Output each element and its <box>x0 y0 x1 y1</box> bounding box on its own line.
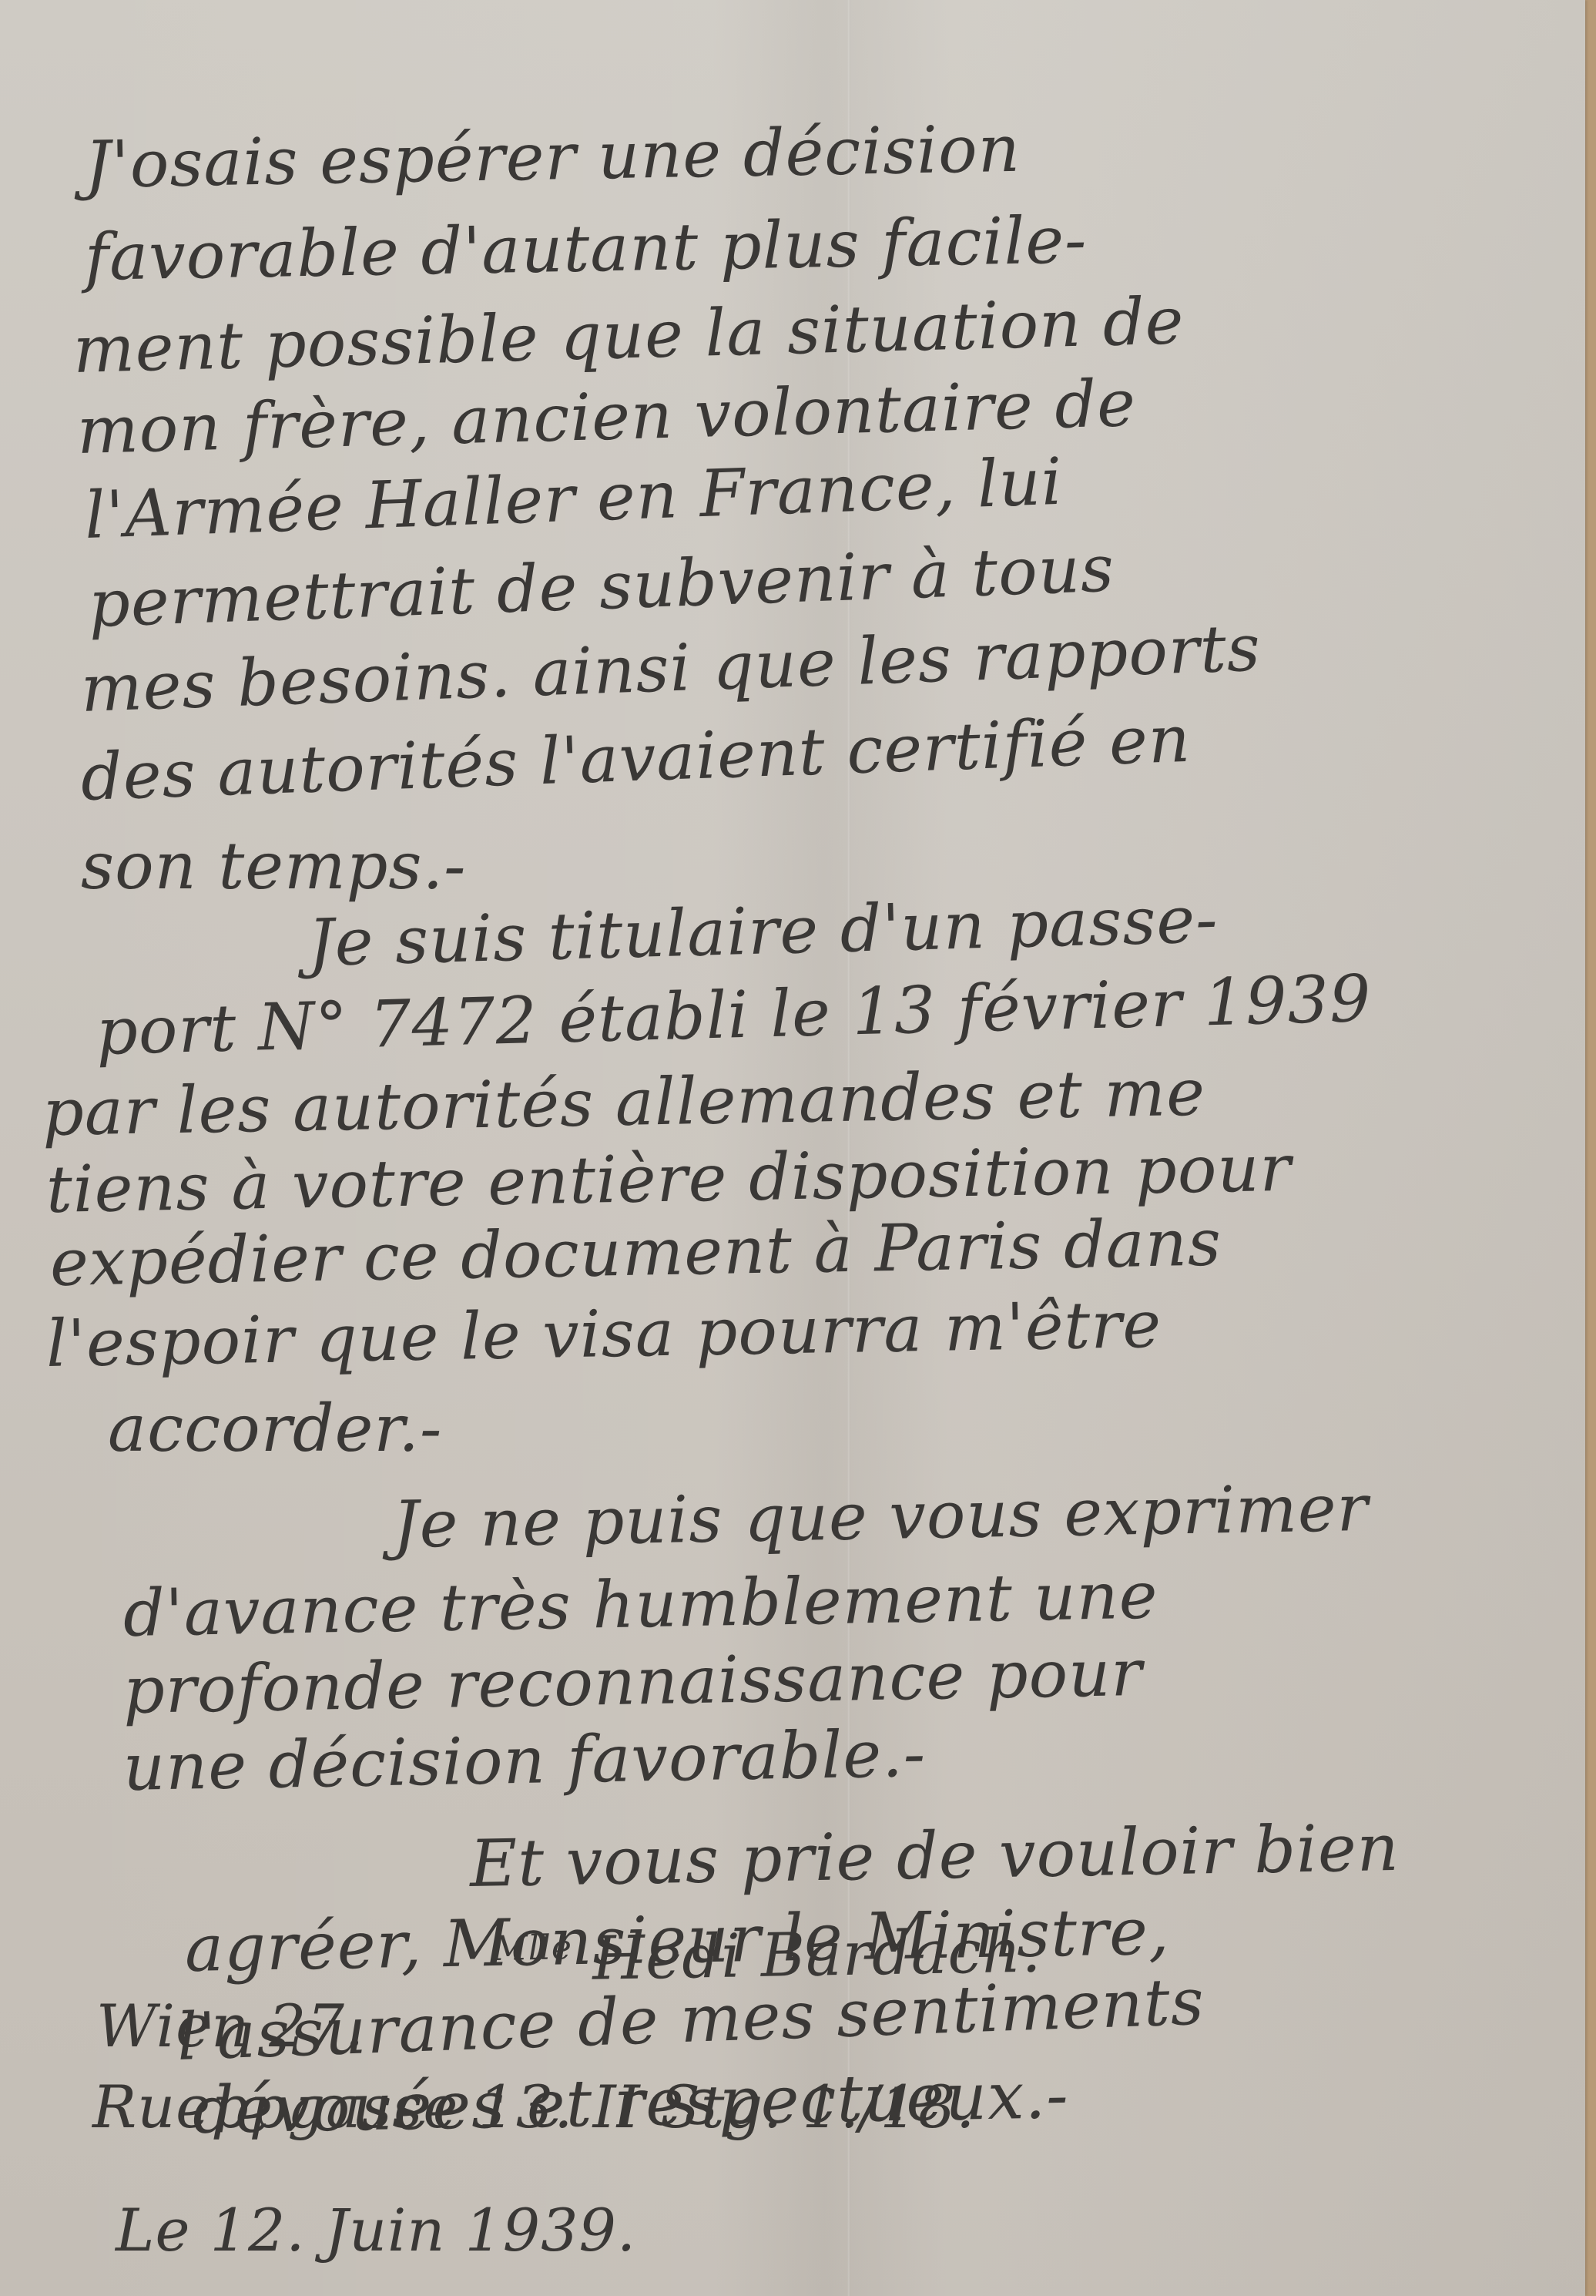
signature-name: Hedi Bardach. <box>592 1917 1042 1994</box>
letter-line: l'espoir que le visa pourra m'être <box>45 1287 1162 1381</box>
letter-line: une décision favorable.- <box>122 1716 927 1805</box>
letter-line: Je ne puis que vous exprimer <box>392 1470 1369 1563</box>
letter-line: profonde reconnaissance pour <box>122 1635 1143 1728</box>
letter-line: favorable d'autant plus facile- <box>84 202 1088 295</box>
signature: Mlle Hedi Bardach. <box>492 1917 1042 1996</box>
address-city: Wien 27. <box>96 1992 364 2060</box>
letter-line: Et vous prie de vouloir bien <box>469 1810 1400 1902</box>
letter-line: accorder.- <box>108 1391 442 1466</box>
letter-line: J'osais espérer une décision <box>84 111 1021 203</box>
letter-line: son temps.- <box>81 828 467 904</box>
letter-line: port N° 7472 établi le 13 février 1939 <box>96 961 1373 1069</box>
address-street: Rueppgasse 13. II Stg. 1./18. <box>92 2073 975 2141</box>
letter-date: Le 12. Juin 1939. <box>116 2196 636 2264</box>
signature-title: Mlle <box>492 1928 572 1969</box>
